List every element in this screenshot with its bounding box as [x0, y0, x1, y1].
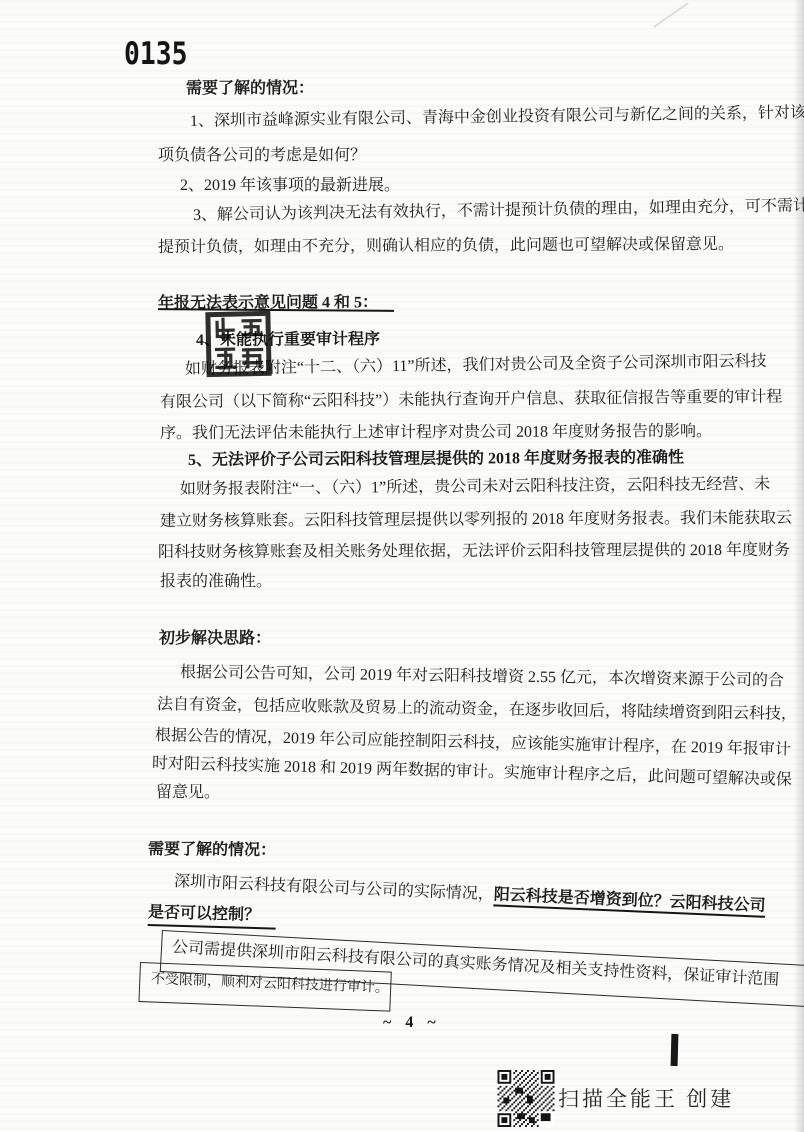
scan-edge-shadow	[794, 0, 804, 1132]
p7-plain-text: 深圳市阳云科技有限公司与公司的实际情况，	[174, 873, 494, 903]
p7-underlined-text: 阳云科技是否增资到位？云阳科技公司	[493, 886, 766, 917]
qr-code-icon	[497, 1070, 555, 1127]
section3-heading: 初步解决思路：	[159, 629, 271, 649]
section3-p6-line3: 根据公告的情况，2019 年公司应能控制阳云科技，应该能实施审计程序，在 201…	[155, 726, 791, 760]
section2-p5-line3: 阳科技财务核算账套及相关账务处理依据，无法评价云阳科技管理层提供的 2018 年…	[158, 541, 790, 563]
section1-item1-line1: 1、深圳市益峰源实业有限公司、青海中金创业投资有限公司与新亿之间的关系，针对该	[190, 103, 804, 132]
section2-p4-line2: 有限公司（以下简称“云阳科技”）未能执行查询开户信息、获取征信报告等重要的审计程	[160, 388, 782, 413]
page-number: ~ 4 ~	[383, 1014, 441, 1032]
scan-ink-mark	[671, 1034, 679, 1066]
section4-p7-line2: 是否可以控制？	[148, 903, 277, 930]
section2-p5-line1: 如财务报表附注“一、（六）1”所述，贵公司未对云阳科技注资，云阳科技无经营、未	[180, 475, 770, 500]
scanned-document-page: 0135 需要了解的情况： 1、深圳市益峰源实业有限公司、青海中金创业投资有限公…	[0, 0, 804, 1132]
section2-p5-line4: 报表的准确性。	[160, 572, 272, 592]
section1-item3-line1: 3、解公司认为该判决无法有效执行，不需计提预计负债的理由，如理由充分，可不需计	[193, 196, 804, 226]
scan-scratch-mark	[653, 2, 689, 28]
section2-p5-line2: 建立财务核算账套。云阳科技管理层提供以零列报的 2018 年度财务报表。我们未能…	[160, 509, 792, 532]
page-stamp-number: 0135	[124, 36, 187, 72]
section3-p6-line2: 法自有资金，包括应收账款及贸易上的流动资金，在逐步收回后，将陆续增资到阳云科技，	[157, 695, 797, 725]
section3-p6-line5: 留意见。	[156, 783, 220, 803]
section4-heading: 需要了解的情况：	[148, 840, 276, 861]
section3-p6-line1: 根据公司公告可知，公司 2019 年对云阳科技增资 2.55 亿元，本次增资来源…	[180, 663, 784, 691]
section1-item2: 2、2019 年该事项的最新进展。	[180, 176, 400, 196]
section3-p6-line4: 时对阳云科技实施 2018 和 2019 两年数据的审计。实施审计程序之后，此问…	[152, 754, 792, 791]
square-seal-stamp-icon	[203, 309, 273, 378]
section1-item3-line2: 提预计负债，如理由不充分，则确认相应的负债，此问题也可望解决或保留意见。	[158, 235, 734, 258]
scanner-credit-text: 扫描全能王 创建	[558, 1083, 734, 1113]
section2-item5-title: 5、无法评价子公司云阳科技管理层提供的 2018 年度财务报表的准确性	[188, 448, 684, 471]
section2-p4-line3: 序。我们无法评估未能执行上述审计程序对贵公司 2018 年度财务报告的影响。	[160, 422, 712, 444]
section1-heading: 需要了解的情况：	[186, 79, 314, 99]
section1-item1-line2: 项负债各公司的考虑是如何？	[158, 146, 366, 166]
